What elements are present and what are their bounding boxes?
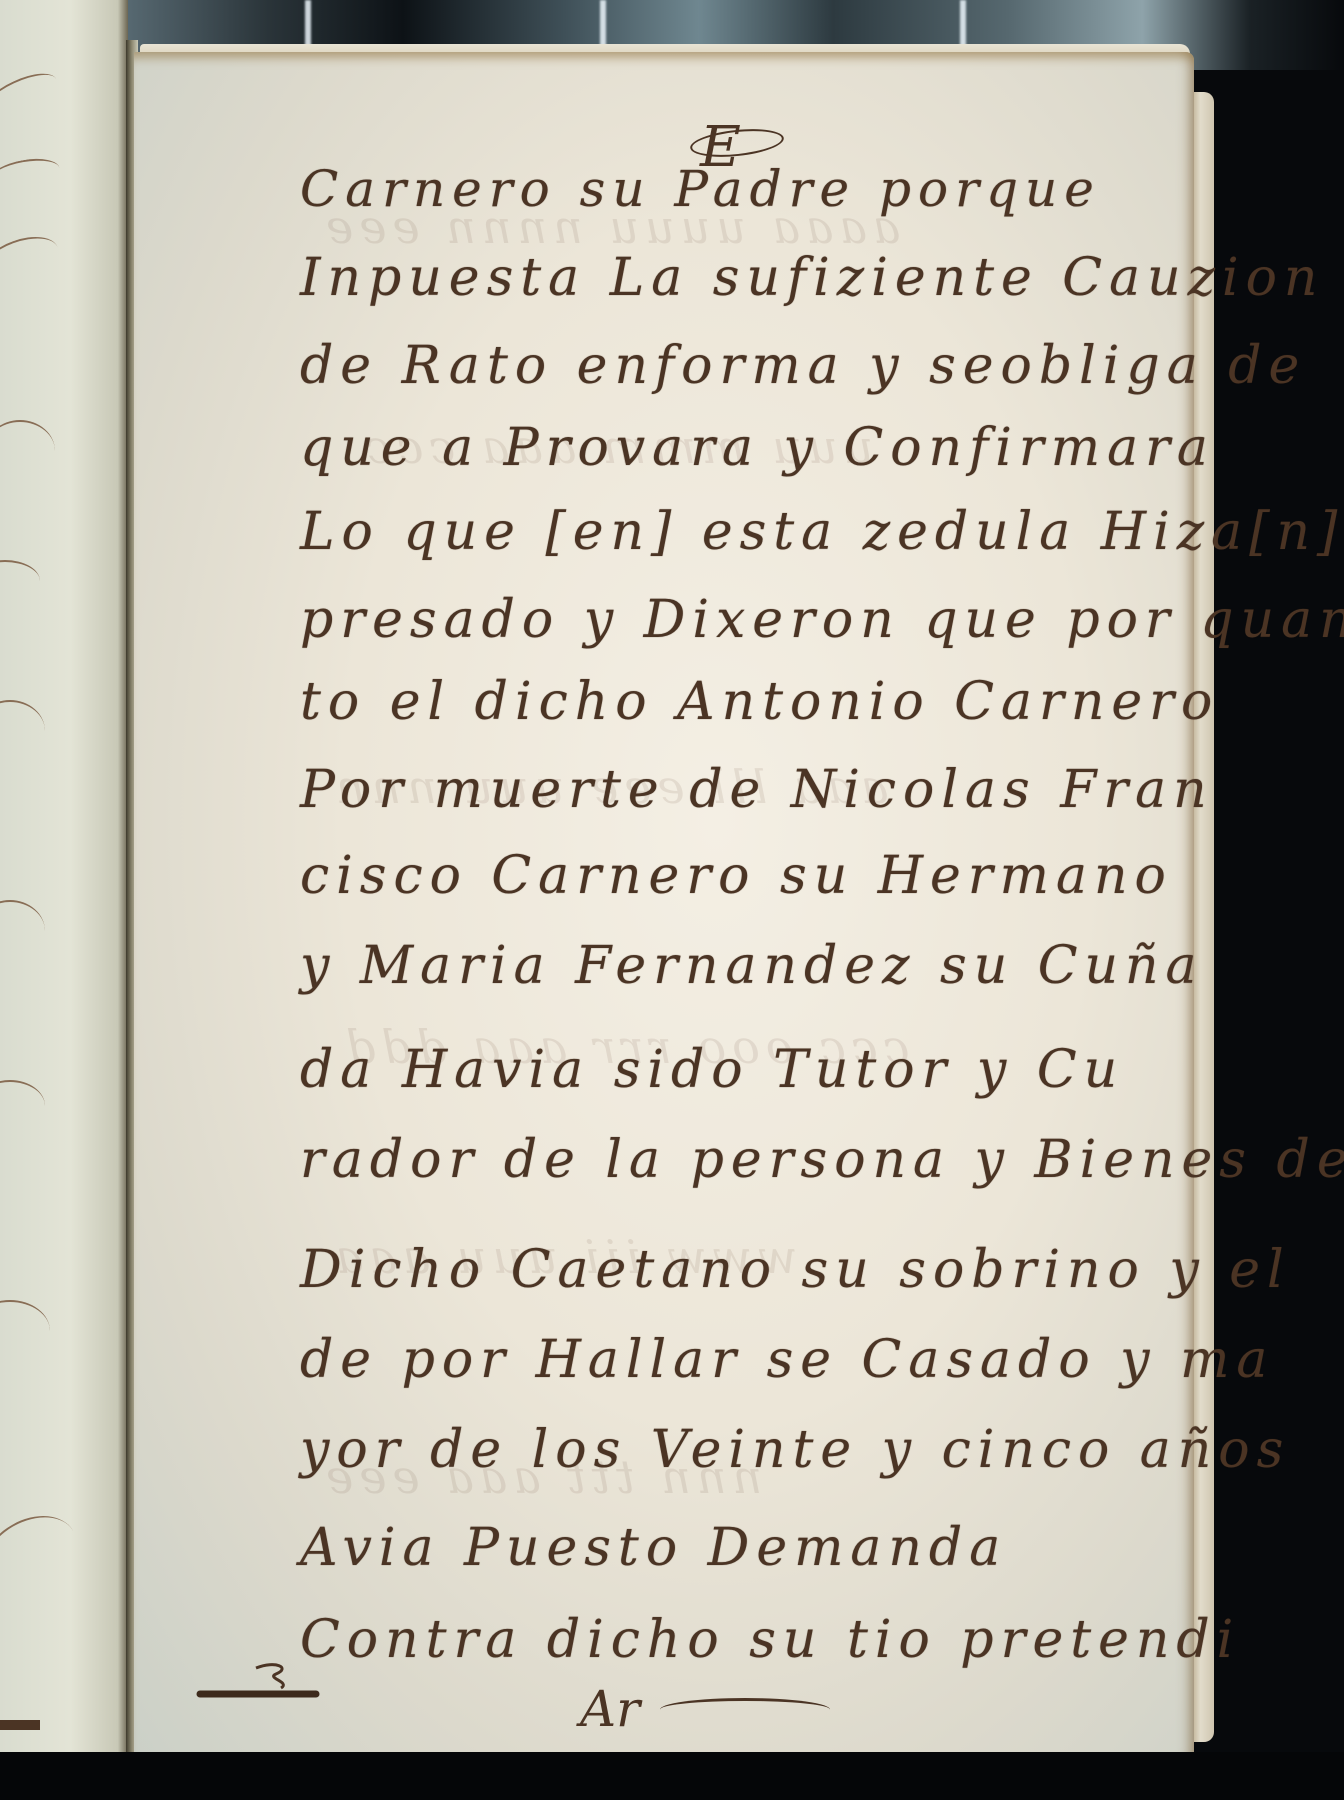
manuscript-line-17: Contra dicho su tio pretendi <box>300 1610 1240 1670</box>
notarial-rubric-icon <box>196 1660 336 1700</box>
manuscript-line-11: da Havia sido Tutor y Cu <box>300 1040 1124 1100</box>
ink-mark <box>0 1720 40 1730</box>
manuscript-line-7: to el dicho Antonio Carnero <box>300 672 1219 732</box>
manuscript-line-2: Inpuesta La sufiziente Cauzion <box>300 248 1324 308</box>
manuscript-line-14: de por Hallar se Casado y ma <box>300 1330 1274 1390</box>
signature-fragment: Ar <box>580 1680 640 1738</box>
manuscript-line-16: Avia Puesto Demanda <box>300 1518 1007 1578</box>
facing-page-left <box>0 0 128 1760</box>
ink-stroke <box>0 1300 50 1362</box>
ink-stroke <box>0 1080 45 1132</box>
ink-stroke <box>0 420 55 482</box>
manuscript-line-9: cisco Carnero su Hermano <box>300 846 1173 906</box>
signature-flourish <box>660 1698 830 1721</box>
ink-stroke <box>0 900 45 962</box>
manuscript-line-12: rador de la persona y Bienes de <box>300 1130 1344 1190</box>
ink-stroke <box>0 228 65 295</box>
ink-stroke <box>0 1500 91 1612</box>
manuscript-line-8: Por muerte de Nicolas Fran <box>300 760 1214 820</box>
manuscript-line-15: yor de los Veinte y cinco años <box>300 1420 1290 1480</box>
manuscript-line-4: que a Provara y Confirmara <box>300 418 1215 478</box>
background-shadow <box>0 1752 1344 1800</box>
manuscript-line-3: de Rato enforma y seobliga de <box>300 336 1306 396</box>
manuscript-line-1: Carnero su Padre porque <box>300 160 1101 218</box>
manuscript-line-6: presado y Dixeron que por quan <box>300 590 1344 650</box>
ink-stroke <box>0 154 62 194</box>
manuscript-line-10: y Maria Fernandez su Cuña <box>300 936 1203 996</box>
ink-stroke <box>0 560 40 602</box>
ink-stroke <box>0 65 63 128</box>
ink-stroke <box>0 700 45 762</box>
manuscript-line-13: Dicho Caetano su sobrino y el <box>300 1240 1291 1300</box>
manuscript-line-5: Lo que [en] esta zedula Hiza[n] <box>300 502 1344 562</box>
